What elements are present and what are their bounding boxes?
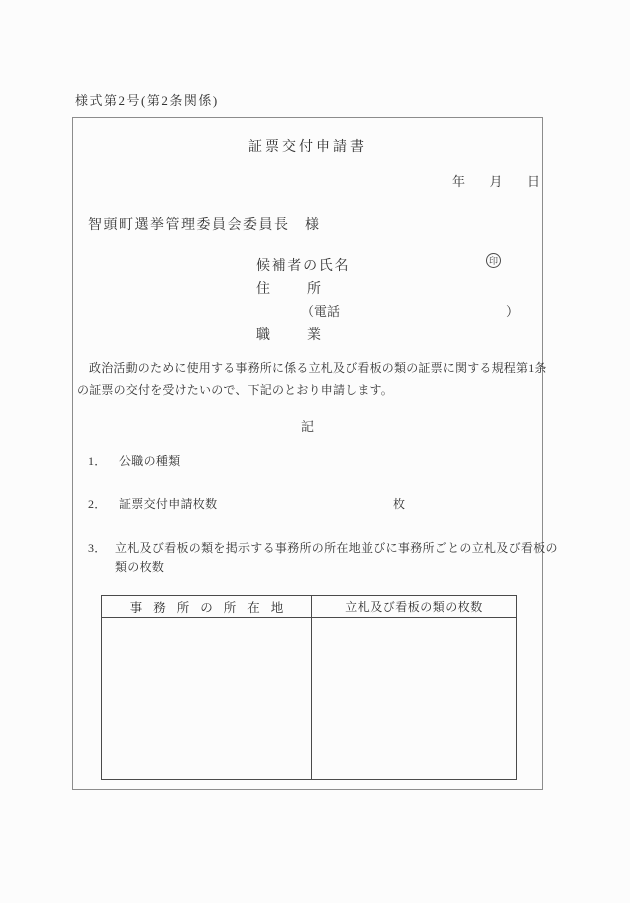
phone-close-paren: ） — [506, 301, 519, 320]
form-number-label: 様式第2号(第2条関係) — [75, 90, 219, 109]
date-year-label: 年 — [452, 171, 465, 190]
date-line: 年 月 日 — [452, 171, 540, 190]
item-1-number: 1． — [88, 452, 107, 469]
date-day-label: 日 — [527, 171, 540, 190]
item-3-number: 3． — [88, 539, 107, 556]
addressee-line: 智頭町選挙管理委員会委員長 様 — [88, 214, 321, 234]
table-header-row: 事務所の所在地 立札及び看板の類の枚数 — [102, 596, 516, 618]
address-label-right: 所 — [307, 278, 321, 298]
table-cell-signboard-count — [312, 618, 516, 779]
table-cell-office-location — [102, 618, 312, 779]
phone-label: （電話 — [301, 301, 340, 320]
application-form-page: 様式第2号(第2条関係) 証票交付申請書 年 月 日 智頭町選挙管理委員会委員長… — [0, 0, 630, 903]
seal-mark: 印 — [486, 253, 501, 268]
item-2-number: 2． — [88, 495, 107, 512]
candidate-name-label: 候補者の氏名 — [256, 255, 350, 275]
date-month-label: 月 — [489, 171, 502, 190]
table-row — [102, 618, 516, 779]
application-statement: 政治活動のために使用する事務所に係る立札及び看板の類の証票に関する規程第1条 の… — [77, 357, 547, 401]
address-label-left: 住 — [256, 278, 270, 298]
office-location-header-label: 事務所の所在地 — [119, 598, 295, 616]
occupation-label-right: 業 — [307, 324, 321, 344]
seal-mark-character: 印 — [489, 254, 498, 267]
item-2-label: 証票交付申請枚数 — [119, 495, 217, 514]
document-title: 証票交付申請書 — [72, 136, 543, 156]
signboard-count-header-label: 立札及び看板の類の枚数 — [345, 598, 483, 615]
occupation-label-left: 職 — [256, 324, 270, 344]
table-header-signboard-count: 立札及び看板の類の枚数 — [312, 596, 516, 617]
item-1-label: 公職の種類 — [119, 452, 181, 471]
table-header-office-location: 事務所の所在地 — [102, 596, 312, 617]
item-2-unit-label: 枚 — [393, 495, 405, 512]
item-3-label: 立札及び看板の類を掲示する事務所の所在地並びに事務所ごとの立札及び看板の 類の枚… — [115, 539, 558, 577]
record-heading: 記 — [72, 416, 543, 435]
office-signboard-table: 事務所の所在地 立札及び看板の類の枚数 — [101, 595, 517, 780]
